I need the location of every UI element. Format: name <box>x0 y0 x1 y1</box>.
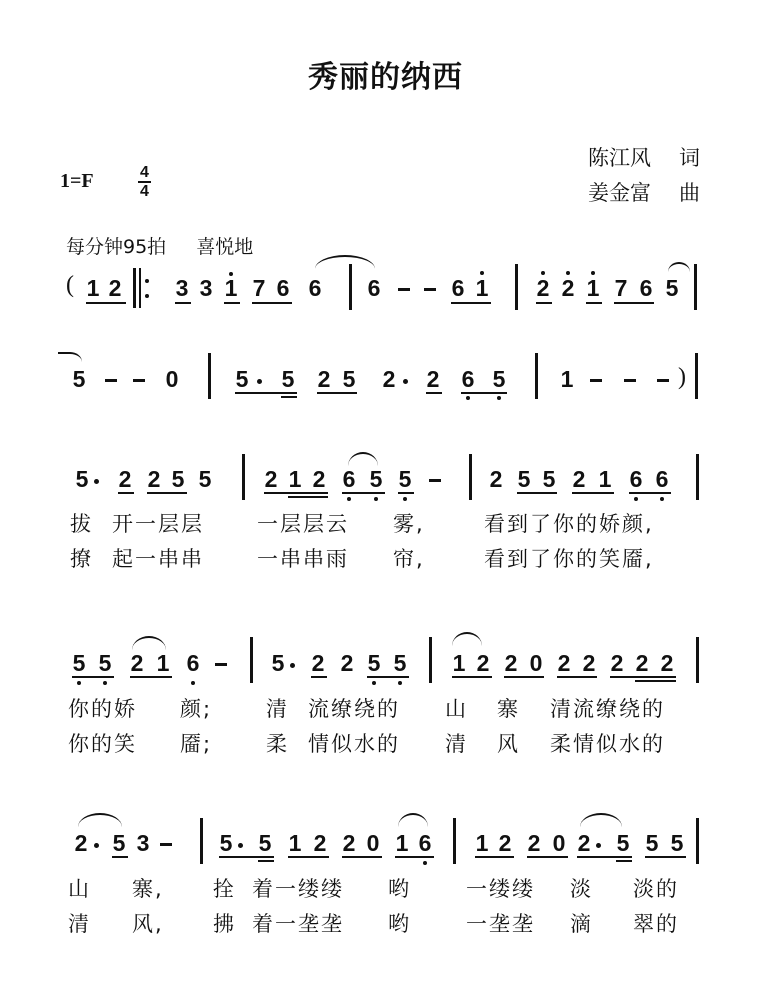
bar-line <box>694 264 697 310</box>
dash <box>590 379 602 382</box>
tie <box>668 262 690 272</box>
lyric: 柔 <box>266 728 289 758</box>
note: 5 <box>70 367 88 391</box>
note: 1 <box>596 467 614 491</box>
note: 5 <box>668 831 686 855</box>
tempo-marking: 每分钟95拍喜悦地 <box>66 232 253 259</box>
note: 2 <box>555 651 573 675</box>
bar-line <box>535 353 538 399</box>
lyric: 淡的 <box>633 873 679 903</box>
lyric: 风, <box>132 908 164 938</box>
note: 1 <box>222 276 240 300</box>
note: 1 <box>154 651 172 675</box>
underline <box>527 856 568 858</box>
song-title: 秀丽的纳西 <box>0 52 771 96</box>
note: 5 <box>169 467 187 491</box>
underline <box>235 392 297 394</box>
lyric: 你的笑 <box>68 728 137 758</box>
tie <box>580 813 622 827</box>
lyric: 寨 <box>497 693 520 723</box>
underline <box>645 856 686 858</box>
lyric: 寨, <box>132 873 164 903</box>
augmentation-dot <box>94 843 99 848</box>
underline <box>610 676 676 678</box>
note: 6 <box>274 276 292 300</box>
underline <box>475 856 514 858</box>
note: 5 <box>70 651 88 675</box>
note: 6 <box>627 467 645 491</box>
note: 2 <box>262 467 280 491</box>
augmentation-dot <box>596 843 601 848</box>
octave-dot <box>480 271 484 275</box>
lyric: 帘, <box>393 543 425 573</box>
lyric: 雾, <box>393 508 425 538</box>
note: 1 <box>473 276 491 300</box>
tie <box>348 452 378 466</box>
time-signature: 4 4 <box>138 164 151 200</box>
underline <box>536 302 552 304</box>
note: 2 <box>315 367 333 391</box>
note: 2 <box>380 367 398 391</box>
note: 5 <box>233 367 251 391</box>
lyric: 清 <box>68 908 91 938</box>
dash <box>657 379 669 382</box>
underline <box>264 492 328 494</box>
underline <box>635 680 676 682</box>
underline <box>130 676 172 678</box>
note: 6 <box>459 367 477 391</box>
lyricist-name: 陈江风 <box>588 146 651 170</box>
note: 2 <box>309 651 327 675</box>
lyric: 着一缕缕 <box>252 873 344 903</box>
octave-dot-below <box>660 497 664 501</box>
lyric: 流缭绕的 <box>308 693 400 723</box>
underline <box>395 856 434 858</box>
octave-dot-below <box>403 497 407 501</box>
note: 1 <box>450 651 468 675</box>
bar-line <box>250 637 253 683</box>
note: 1 <box>286 467 304 491</box>
dash <box>429 479 441 482</box>
note: 2 <box>72 831 90 855</box>
note: 1 <box>84 276 102 300</box>
dash <box>133 379 145 382</box>
underline <box>281 396 297 398</box>
bar-line <box>515 264 518 310</box>
underline <box>342 856 382 858</box>
lyric: 颜; <box>180 693 212 723</box>
note: 5 <box>340 367 358 391</box>
lyric: 一缕缕 <box>466 873 535 903</box>
augmentation-dot <box>94 479 99 484</box>
note: 1 <box>584 276 602 300</box>
note: 1 <box>473 831 491 855</box>
lyric: 一层层云 <box>257 508 349 538</box>
lyric: 淡 <box>570 873 593 903</box>
tie <box>78 813 122 827</box>
tie <box>132 636 166 650</box>
augmentation-dot <box>403 379 408 384</box>
lyric: 着一垄垄 <box>252 908 344 938</box>
note: 5 <box>396 467 414 491</box>
note: 6 <box>637 276 655 300</box>
tie <box>452 632 482 646</box>
lyric: 一垄垄 <box>466 908 535 938</box>
note: 6 <box>653 467 671 491</box>
lyric: 一串串雨 <box>257 543 349 573</box>
underline <box>86 302 126 304</box>
lyric: 看到了你的笑靥, <box>484 543 654 573</box>
note: 2 <box>496 831 514 855</box>
underline <box>112 856 128 858</box>
note: 5 <box>365 651 383 675</box>
octave-dot-below <box>497 396 501 400</box>
underline <box>452 676 492 678</box>
note: 6 <box>365 276 383 300</box>
note: 2 <box>570 467 588 491</box>
tempo-bpm: 每分钟95拍 <box>66 236 166 258</box>
octave-dot-below <box>77 681 81 685</box>
note: 6 <box>449 276 467 300</box>
underline <box>367 676 409 678</box>
note: 2 <box>338 651 356 675</box>
lyric: 山 <box>445 693 468 723</box>
underline <box>252 302 292 304</box>
underline <box>504 676 544 678</box>
time-sig-numerator: 4 <box>138 164 151 183</box>
bar-line <box>242 454 245 500</box>
note: 5 <box>643 831 661 855</box>
note: 6 <box>416 831 434 855</box>
note: 6 <box>184 651 202 675</box>
bar-line <box>469 454 472 500</box>
tempo-expression: 喜悦地 <box>196 236 253 258</box>
underline <box>258 860 274 862</box>
bar-line <box>695 353 698 399</box>
underline <box>451 302 491 304</box>
lyric: 拂 <box>213 908 236 938</box>
time-sig-denominator: 4 <box>138 183 151 200</box>
note: 5 <box>391 651 409 675</box>
dash <box>105 379 117 382</box>
dash <box>160 843 172 846</box>
lyric: 滴 <box>570 908 593 938</box>
note: 1 <box>393 831 411 855</box>
repeat-bar-thin <box>139 268 141 308</box>
note: 2 <box>608 651 626 675</box>
underline <box>616 860 632 862</box>
note: 5 <box>515 467 533 491</box>
underline <box>572 492 614 494</box>
octave-dot-below <box>372 681 376 685</box>
augmentation-dot <box>290 663 295 668</box>
underline <box>629 492 671 494</box>
lyric: 拔 <box>70 508 93 538</box>
underline <box>288 496 328 498</box>
bar-line <box>200 818 203 864</box>
composer-name: 姜金富 <box>588 181 651 205</box>
lyric: 拴 <box>213 873 236 903</box>
octave-dot-below <box>466 396 470 400</box>
note: 6 <box>340 467 358 491</box>
note: 6 <box>306 276 324 300</box>
bar-line <box>349 264 352 310</box>
note: 5 <box>110 831 128 855</box>
dash <box>624 379 636 382</box>
bar-line <box>696 818 699 864</box>
note: 2 <box>116 467 134 491</box>
note: 2 <box>633 651 651 675</box>
lyric: 山 <box>68 873 91 903</box>
underline <box>614 302 654 304</box>
underline <box>426 392 442 394</box>
key-signature: 1=F <box>60 170 94 193</box>
tie <box>315 255 375 269</box>
lyric: 风 <box>497 728 520 758</box>
bar-line <box>696 454 699 500</box>
octave-dot <box>541 271 545 275</box>
lyric: 开一层层 <box>112 508 204 538</box>
note: 0 <box>527 651 545 675</box>
note: 2 <box>128 651 146 675</box>
note: 2 <box>340 831 358 855</box>
octave-dot <box>591 271 595 275</box>
note: 2 <box>474 651 492 675</box>
lyric: 柔情似水的 <box>550 728 665 758</box>
octave-dot <box>566 271 570 275</box>
underline <box>72 676 114 678</box>
octave-dot-below <box>191 681 195 685</box>
note: 5 <box>96 651 114 675</box>
bar-line <box>453 818 456 864</box>
lyric: 清 <box>266 693 289 723</box>
bar-line <box>208 353 211 399</box>
lyric: 哟 <box>388 873 411 903</box>
underline <box>175 302 191 304</box>
lyric: 撩 <box>70 543 93 573</box>
dash <box>424 288 436 291</box>
note: 5 <box>217 831 235 855</box>
lyric: 翠的 <box>633 908 679 938</box>
lyric: 靥; <box>180 728 212 758</box>
note: 2 <box>534 276 552 300</box>
note: 2 <box>575 831 593 855</box>
underline <box>586 302 602 304</box>
lyric: 起一串串 <box>112 543 204 573</box>
note: 5 <box>196 467 214 491</box>
composer-role: 曲 <box>679 181 700 205</box>
lyricist-credit: 陈江风词 <box>588 142 700 172</box>
note: 1 <box>286 831 304 855</box>
note: 5 <box>490 367 508 391</box>
note: 2 <box>487 467 505 491</box>
note: 0 <box>163 367 181 391</box>
underline <box>311 676 327 678</box>
lyric: 看到了你的娇颜, <box>484 508 654 538</box>
bar-line <box>696 637 699 683</box>
repeat-dot <box>145 279 149 283</box>
note: 3 <box>197 276 215 300</box>
note: 5 <box>663 276 681 300</box>
note: 1 <box>558 367 576 391</box>
underline <box>118 492 134 494</box>
lyric: 你的娇 <box>68 693 137 723</box>
tie <box>398 813 428 827</box>
note: 5 <box>256 831 274 855</box>
note: 5 <box>367 467 385 491</box>
note: 0 <box>550 831 568 855</box>
note: 5 <box>540 467 558 491</box>
note: 3 <box>173 276 191 300</box>
underline <box>398 492 414 494</box>
octave-dot-below <box>398 681 402 685</box>
underline <box>219 856 274 858</box>
tie <box>58 352 82 362</box>
lyric: 情似水的 <box>308 728 400 758</box>
underline <box>517 492 557 494</box>
octave-dot-below <box>423 861 427 865</box>
underline <box>224 302 240 304</box>
octave-dot <box>229 272 233 276</box>
note: 2 <box>106 276 124 300</box>
note: 2 <box>311 831 329 855</box>
augmentation-dot <box>238 843 243 848</box>
underline <box>147 492 187 494</box>
close-paren: ) <box>678 364 686 391</box>
underline <box>557 676 597 678</box>
note: 3 <box>134 831 152 855</box>
note: 2 <box>310 467 328 491</box>
lyric: 清 <box>445 728 468 758</box>
underline <box>317 392 357 394</box>
underline <box>461 392 507 394</box>
dash <box>398 288 410 291</box>
note: 2 <box>424 367 442 391</box>
underline <box>342 492 385 494</box>
octave-dot-below <box>374 497 378 501</box>
lyric: 哟 <box>388 908 411 938</box>
open-paren: ( <box>66 272 74 299</box>
note: 0 <box>364 831 382 855</box>
note: 2 <box>559 276 577 300</box>
note: 2 <box>658 651 676 675</box>
underline <box>577 856 632 858</box>
octave-dot-below <box>347 497 351 501</box>
note: 2 <box>525 831 543 855</box>
repeat-dot <box>145 294 149 298</box>
underline <box>288 856 329 858</box>
note: 5 <box>279 367 297 391</box>
note: 5 <box>269 651 287 675</box>
lyric: 清流缭绕的 <box>550 693 665 723</box>
lyricist-role: 词 <box>679 146 700 170</box>
note: 7 <box>612 276 630 300</box>
dash <box>215 663 227 666</box>
note: 5 <box>73 467 91 491</box>
repeat-bar-thick <box>133 268 136 308</box>
note: 2 <box>580 651 598 675</box>
note: 7 <box>250 276 268 300</box>
octave-dot-below <box>634 497 638 501</box>
bar-line <box>429 637 432 683</box>
note: 2 <box>502 651 520 675</box>
note: 2 <box>145 467 163 491</box>
octave-dot-below <box>103 681 107 685</box>
augmentation-dot <box>257 379 262 384</box>
composer-credit: 姜金富曲 <box>588 177 700 207</box>
note: 5 <box>614 831 632 855</box>
